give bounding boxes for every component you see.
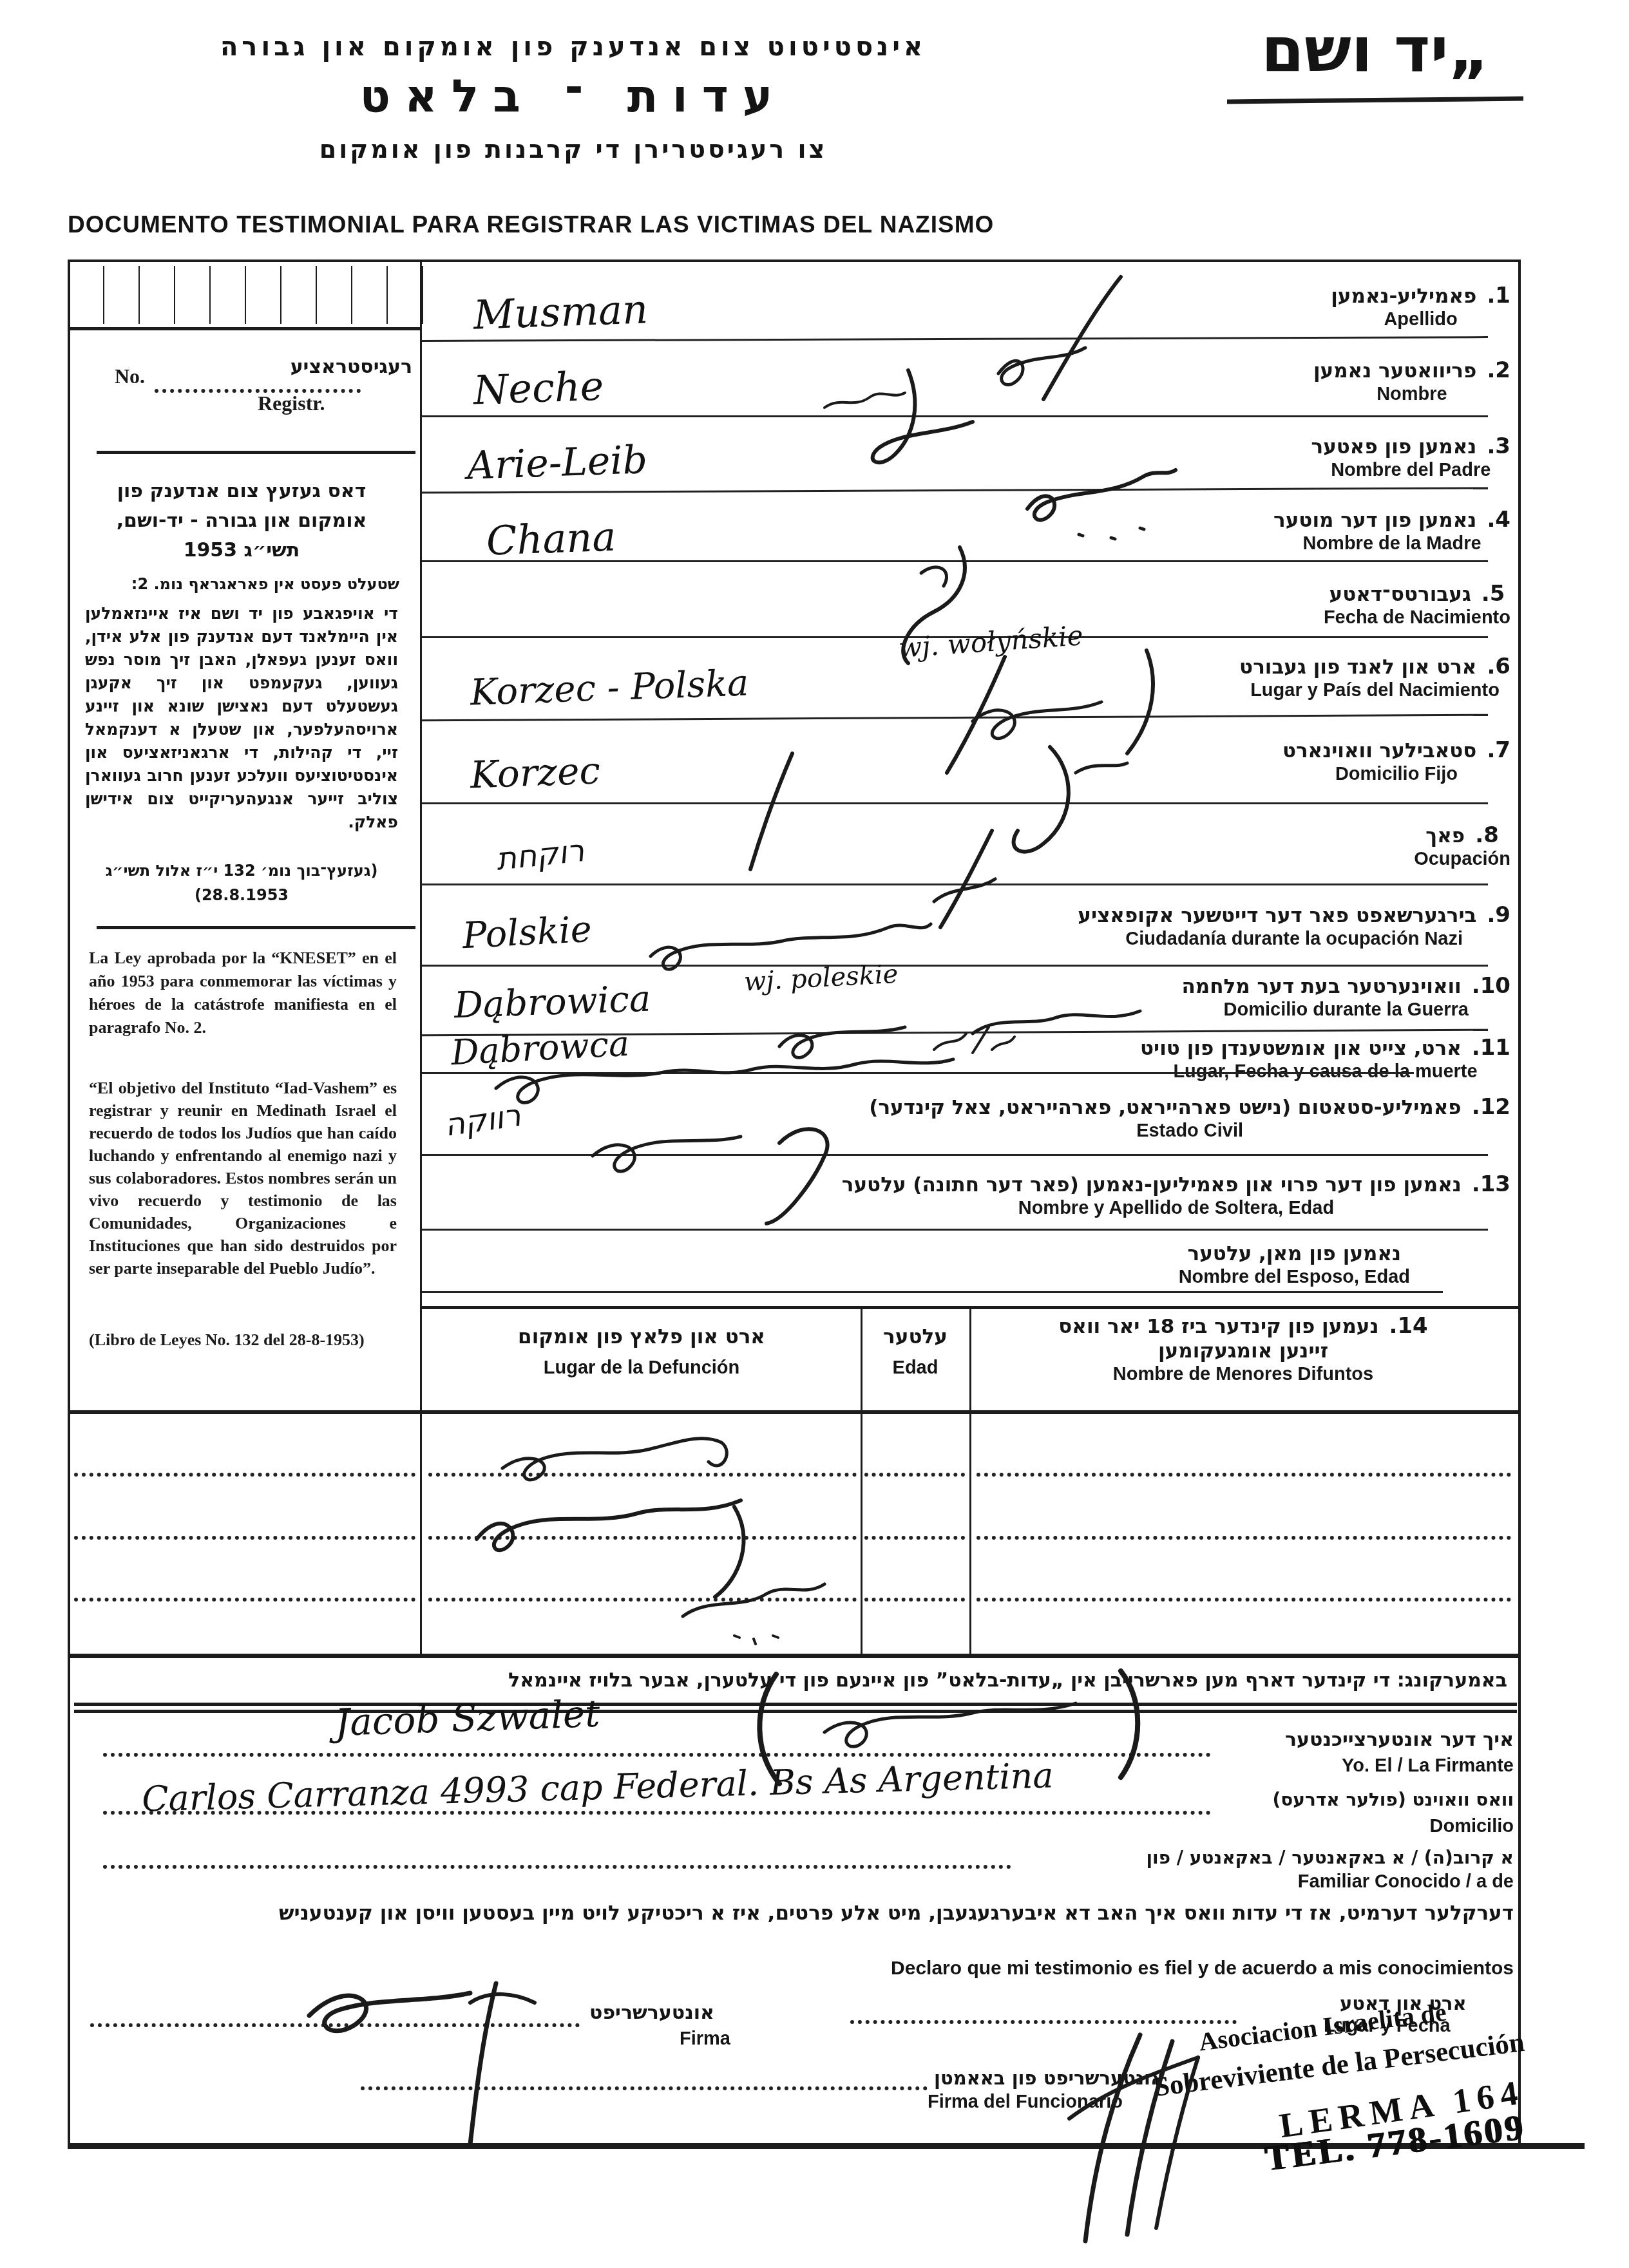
table-row2-name-line bbox=[74, 1536, 415, 1540]
law-text: די אויפגאבע פון יד ושם איז איינזאמלען אי… bbox=[85, 602, 398, 834]
col-header-lugar: ארט און פלאץ פון אומקום Lugar de la Defu… bbox=[425, 1325, 858, 1379]
law-text-spanish-1: La Ley aprobada por la “KNESET” en el añ… bbox=[89, 947, 397, 1039]
document-title: DOCUMENTO TESTIMONIAL PARA REGISTRAR LAS… bbox=[68, 211, 994, 238]
field-value-2: Neche bbox=[473, 362, 605, 413]
registr-label-yiddish: רעגיסטראציע bbox=[277, 355, 412, 378]
law-subheading: שטעלט פעסט אין פאראגראף נומ. 2: bbox=[84, 575, 399, 593]
declaration-spanish: Declaro que mi testimonio es fiel y de a… bbox=[721, 1958, 1514, 1980]
handwriting-scribble-row11 bbox=[477, 1043, 966, 1114]
handwriting-scribble-row3 bbox=[1002, 431, 1188, 547]
familiar-label-yiddish: א קרוב(ה) / א באקאנטער / באקאנטע / פון bbox=[1018, 1847, 1514, 1868]
familiar-label-spanish: Familiar Conocido / a de bbox=[1217, 1871, 1514, 1893]
lugar-fecha-line bbox=[850, 2020, 1237, 2024]
handwriting-scribble-defuncion bbox=[464, 1423, 889, 1649]
table-row3-right-line bbox=[976, 1598, 1511, 1602]
field-value-8: רוקחת bbox=[494, 833, 586, 878]
handwriting-scribble-row12 bbox=[567, 1104, 940, 1227]
field-label-9: .9בירגערשאפט פאר דער דייטשער אקופאציע Ci… bbox=[1078, 903, 1510, 950]
field-value-3: Arie-Leib bbox=[466, 437, 648, 489]
familiar-line bbox=[103, 1865, 1011, 1869]
registr-no-label: No. bbox=[115, 364, 145, 388]
field-label-11: .11ארט, צייט און אומשטענדן פון טויט Luga… bbox=[1140, 1035, 1510, 1082]
handwriting-scribble-row11-date bbox=[928, 1017, 1018, 1063]
col-header-edad: עלטער Edad bbox=[863, 1325, 967, 1379]
field-value-6: Korzec - Polska bbox=[470, 662, 749, 713]
frame-right bbox=[1518, 260, 1521, 2147]
table-row1-name-line bbox=[74, 1473, 415, 1477]
handwriting-scribble-row2 bbox=[818, 357, 1024, 486]
field-label-5: .5געבורטס־דאטע Fecha de Nacimiento bbox=[1324, 581, 1510, 628]
domicilio-label-spanish: Domicilio bbox=[1282, 1816, 1514, 1837]
field-label-2: .2פריוואטער נאמען Nombre bbox=[1313, 358, 1510, 405]
law-ref-1: (געזעץ־בוך נומ׳ 132 י״ז אלול תשי״ג bbox=[84, 862, 399, 880]
registr-label: Registr. bbox=[258, 392, 325, 415]
table-row2-right-line bbox=[976, 1536, 1511, 1540]
table-divider-edad-right bbox=[969, 1306, 971, 1658]
field-label-1: .1פאמיליע-נאמען Apellido bbox=[1331, 283, 1510, 330]
firmante-handwriting: Jacob Szwalet bbox=[334, 1692, 601, 1744]
law-ref-spanish: (Libro de Leyes No. 132 del 28-8-1953) bbox=[89, 1330, 397, 1350]
field-label-10: .10וואוינערטער בעת דער מלחמה Domicilio d… bbox=[1182, 974, 1510, 1021]
field-label-4: .4נאמען פון דער מוטער Nombre de la Madre bbox=[1273, 507, 1510, 554]
handwriting-scribble-row9 bbox=[638, 905, 940, 982]
firmante-label-yiddish: איך דער אונטערצייכנטער bbox=[1217, 1728, 1514, 1751]
law-ref-2: (28.8.1953 bbox=[84, 886, 399, 904]
field-label-14: .14נעמען פון קינדער ביז 18 יאר וואס זיינ… bbox=[976, 1314, 1510, 1385]
table-row3-name-line bbox=[74, 1598, 415, 1602]
domicilio-label-yiddish: וואס וואוינט (פולער אדרעס) bbox=[1217, 1789, 1514, 1810]
header-yiddish-line1: אינסטיטוט צום אנדענק פון אומקום און גבור… bbox=[90, 32, 1056, 62]
field-value-9: Polskie bbox=[461, 909, 593, 957]
law-text-spanish-2: “El objetivo del Instituto “Iad-Vashem” … bbox=[89, 1077, 397, 1280]
field-value-7: Korzec bbox=[470, 748, 601, 797]
domicilio-line bbox=[103, 1811, 1211, 1815]
table-row1-right-line bbox=[976, 1473, 1511, 1477]
firma-label-spanish: Firma bbox=[680, 2028, 730, 2050]
signature-scribble-funcionario bbox=[1031, 2028, 1237, 2247]
registration-cells bbox=[68, 262, 420, 327]
cells-bottom-rule bbox=[68, 327, 422, 330]
firma-label-yiddish: אונטערשריפט bbox=[589, 2001, 714, 2024]
field-label-3: .3נאמען פון פאטער Nombre del Padre bbox=[1311, 434, 1511, 481]
field-value-4: Chana bbox=[486, 513, 617, 565]
field-label-8: .8פאך Ocupación bbox=[1414, 823, 1510, 870]
field-label-13: .13נאמען פון דער פרוי און פאמיליען-נאמען… bbox=[842, 1172, 1510, 1219]
sidebar-right-border bbox=[420, 260, 422, 1657]
field-line-esposo bbox=[422, 1291, 1443, 1293]
field-line-13 bbox=[422, 1229, 1488, 1231]
field-line-9 bbox=[422, 965, 1488, 967]
sidebar-divider-1 bbox=[97, 451, 415, 454]
header-yiddish-line3: צו רעגיסטרירן די קרבנות פון אומקום bbox=[213, 135, 934, 164]
sidebar-divider-2 bbox=[97, 926, 415, 929]
law-heading: דאס געזעץ צום אנדענק פון אומקום און גבור… bbox=[90, 477, 393, 565]
field-value-10: Dąbrowica bbox=[453, 978, 651, 1027]
field-label-esposo: נאמען פון מאן, עלטער Nombre del Esposo, … bbox=[1179, 1242, 1410, 1288]
table-bottom bbox=[68, 1654, 1520, 1658]
field-label-7: .7סטאבילער וואוינארט Domicilio Fijo bbox=[1282, 738, 1510, 785]
yad-vashem-logo: „יד ושם bbox=[1224, 14, 1527, 86]
handwriting-scribble-firmante-paren bbox=[741, 1668, 1159, 1790]
declaration-yiddish: דערקלער דערמיט, אז די עדות וואס איך האב … bbox=[110, 1897, 1514, 1929]
header-yiddish-line2: עדות ־ בלאט bbox=[277, 70, 870, 122]
field-line-3 bbox=[422, 487, 1488, 493]
field-line-1 bbox=[422, 336, 1488, 342]
table-header-bottom bbox=[68, 1410, 1520, 1414]
field-value-1: Musman bbox=[473, 285, 649, 338]
frame-left bbox=[68, 260, 70, 2147]
logo-underline bbox=[1227, 97, 1523, 104]
firmante-label-spanish: Yo. El / La Firmante bbox=[1282, 1755, 1514, 1777]
signature-scribble-firma bbox=[258, 1964, 605, 2157]
document-page: אינסטיטוט צום אנדענק פון אומקום און גבור… bbox=[0, 0, 1629, 2268]
field-label-6: .6ארט און לאנד פון געבורט Lugar y País d… bbox=[1239, 654, 1510, 701]
